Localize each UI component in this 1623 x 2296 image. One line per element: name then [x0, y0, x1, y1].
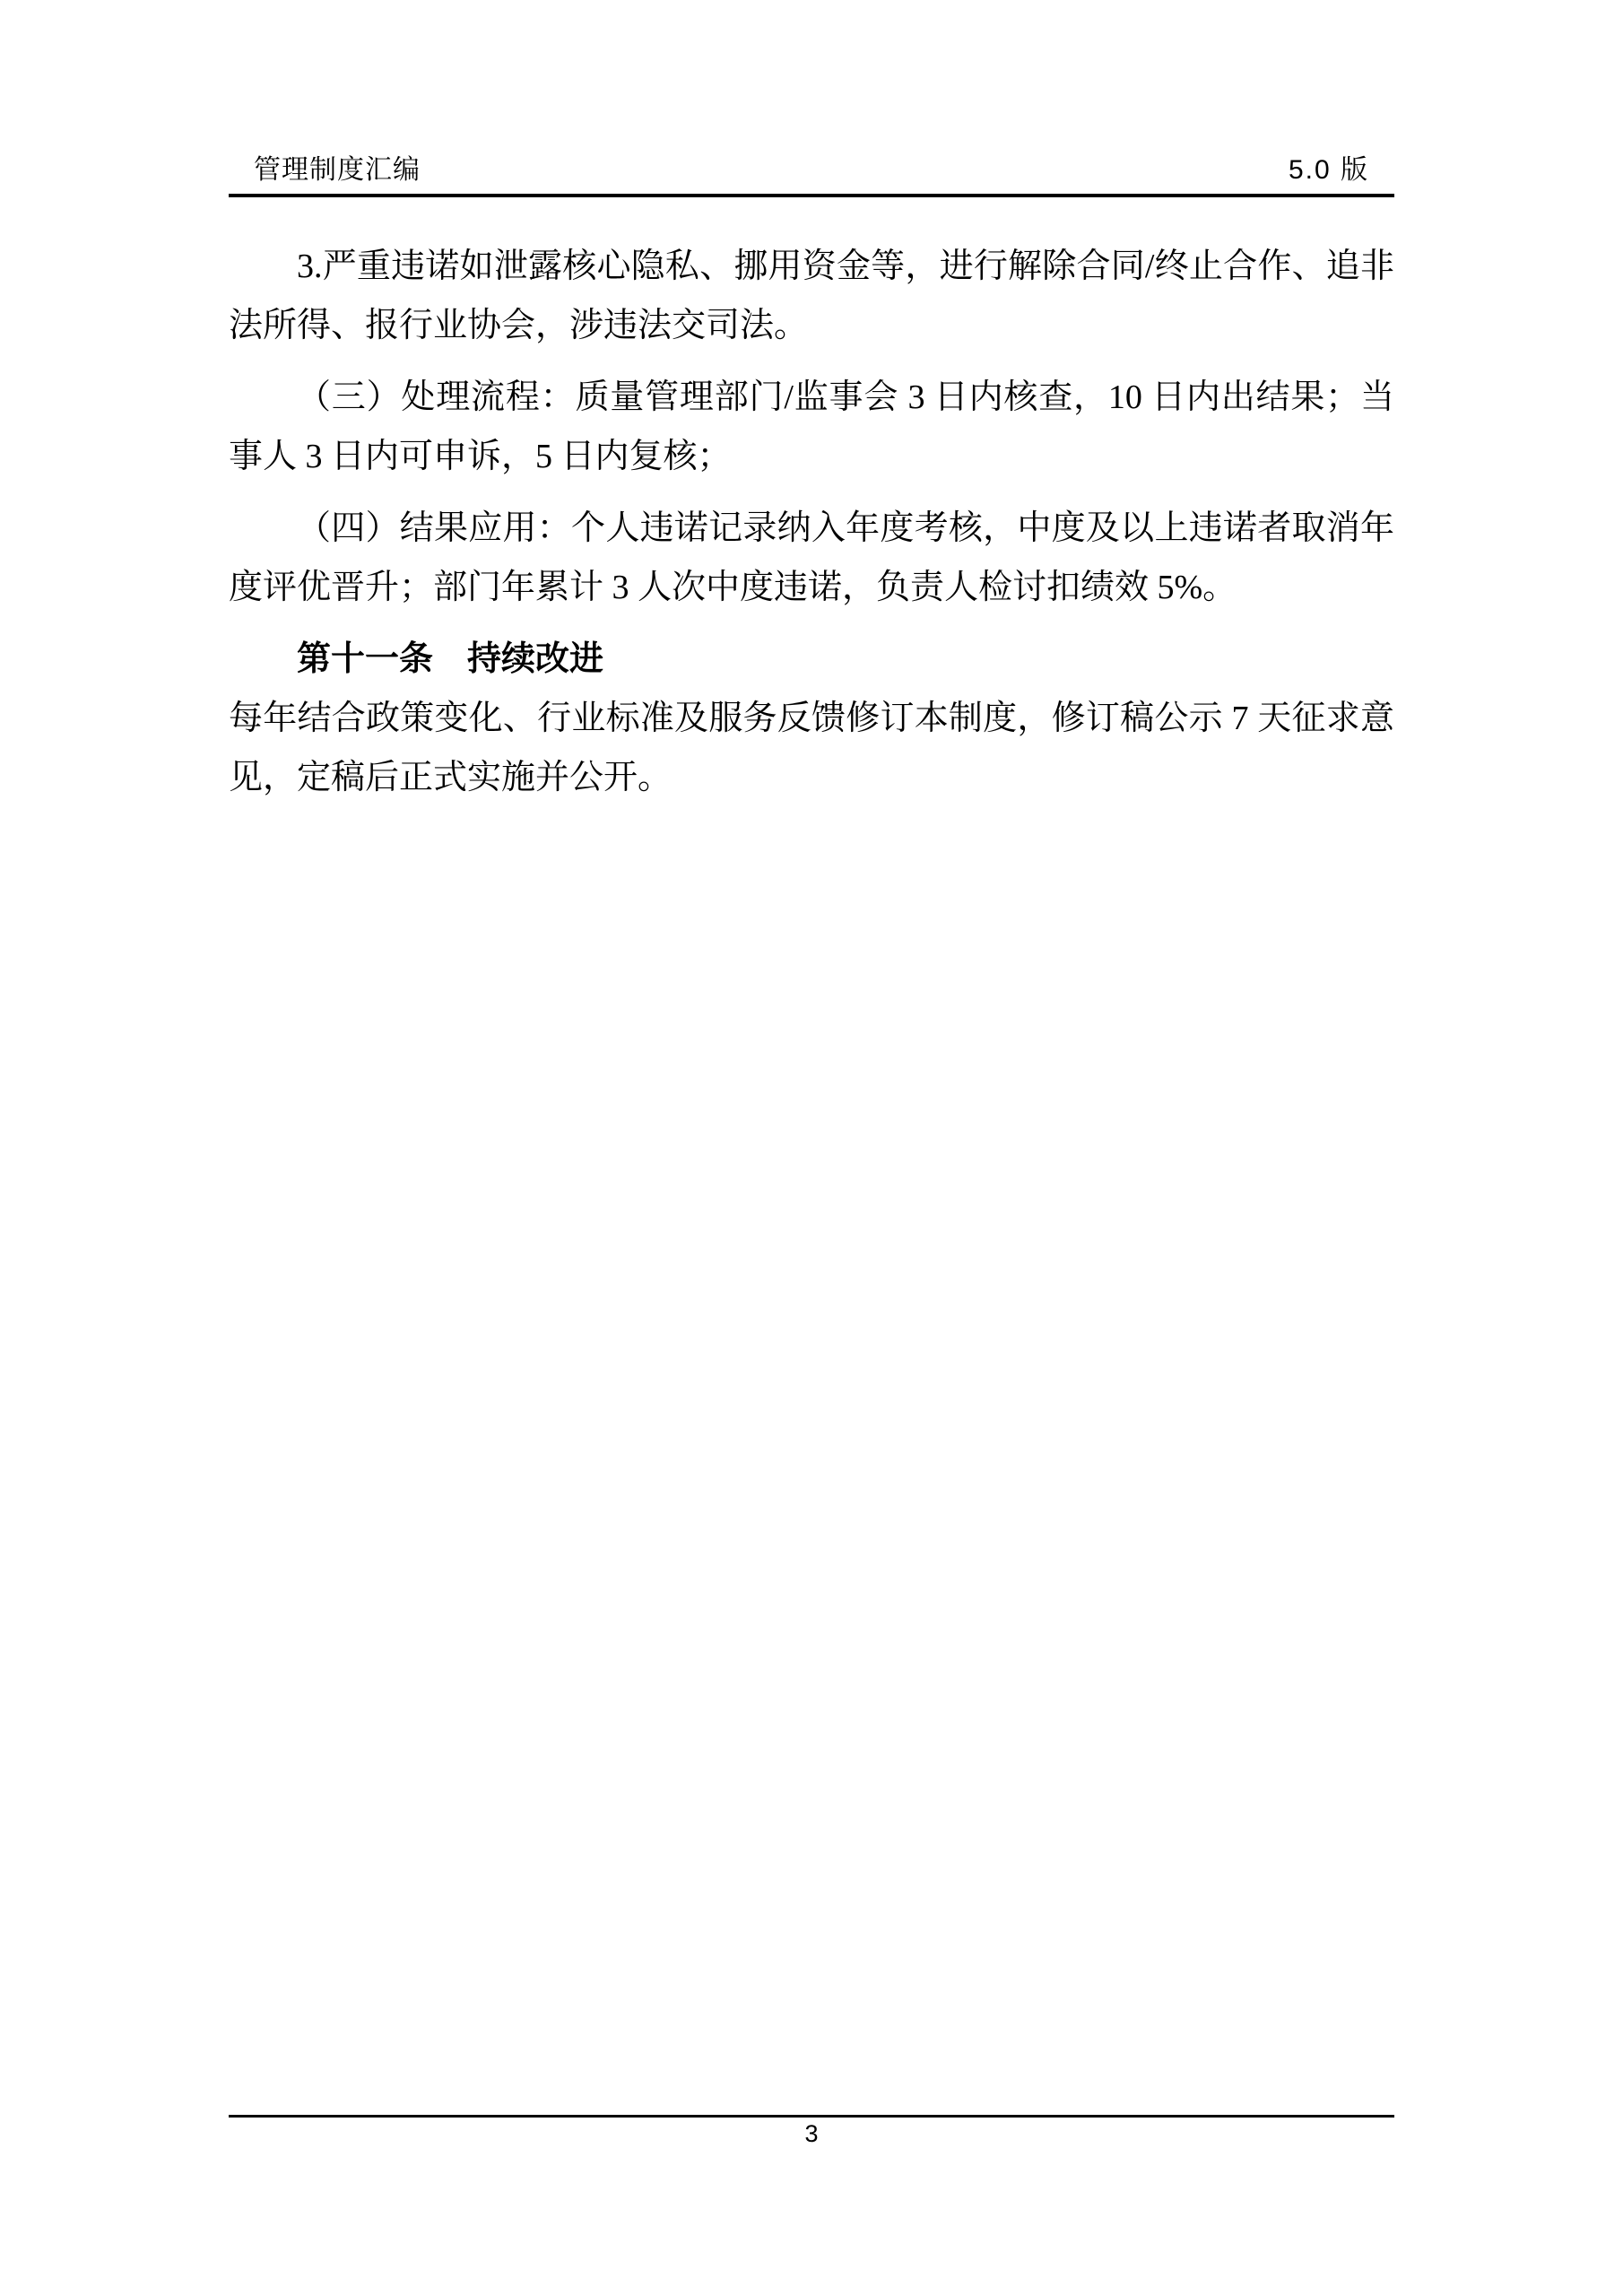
paragraph-continuous-improvement: 每年结合政策变化、行业标准及服务反馈修订本制度，修订稿公示 7 天征求意见，定稿… — [229, 689, 1394, 807]
document-page: 管理制度汇编 5.0 版 3.严重违诺如泄露核心隐私、挪用资金等，进行解除合同/… — [0, 0, 1623, 2296]
page-number: 3 — [229, 2118, 1394, 2149]
page-footer: 3 — [229, 2115, 1394, 2149]
header-version: 5.0 版 — [1289, 154, 1394, 187]
page-header: 管理制度汇编 5.0 版 — [229, 154, 1394, 197]
paragraph-severe-violation: 3.严重违诺如泄露核心隐私、挪用资金等，进行解除合同/终止合作、追非法所得、报行… — [229, 237, 1394, 355]
section-heading-article-11: 第十一条 持续改进 — [229, 630, 1394, 689]
header-title: 管理制度汇编 — [229, 154, 421, 187]
paragraph-result-application: （四）结果应用：个人违诺记录纳入年度考核，中度及以上违诺者取消年度评优晋升；部门… — [229, 499, 1394, 617]
paragraph-handling-process: （三）处理流程：质量管理部门/监事会 3 日内核查，10 日内出结果；当事人 3… — [229, 368, 1394, 486]
document-body: 3.严重违诺如泄露核心隐私、挪用资金等，进行解除合同/终止合作、追非法所得、报行… — [229, 237, 1394, 807]
